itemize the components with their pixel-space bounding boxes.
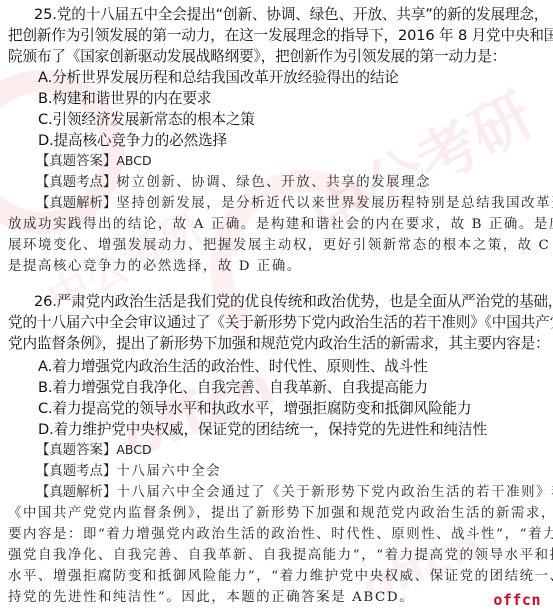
option-a: A.着力增强党内政治生活的政治性、时代性、原则性、战斗性 <box>38 355 428 376</box>
question-stem-line: 院颁布了《国家创新驱动发展战略纲要》，把创新作为引领发展的第一动力是： <box>8 45 506 66</box>
option-b: B.构建和谐世界的内在要求 <box>38 87 211 108</box>
question-stem-line: 党内监督条例》，提出了新形势下加强和规范党内政治生活的新需求，其主要内容是： <box>8 332 550 353</box>
point-row: 【真题考点】树立创新、协调、绿色、开放、共享的发展理念 <box>36 171 431 192</box>
option-c: C.引领经济发展新常态的根本之策 <box>38 108 255 129</box>
question-stem-line: 把创新作为引领发展的第一动力，在这一发展理念的指导下，2016 年 8 月党中央… <box>8 24 553 45</box>
point-label: 【真题考点】 <box>36 464 116 479</box>
analysis-label: 【真题解析】 <box>36 196 116 211</box>
point-value: 树立创新、协调、绿色、开放、共享的发展理念 <box>116 175 431 190</box>
analysis-text: 十八届六中全会通过了《关于新形势下党内政治生活的若干准则》和 <box>116 485 553 500</box>
answer-value: ABCD <box>116 442 151 457</box>
analysis-line: 《中国共产党党内监督条例》，提出了新形势下加强和规范党内政治生活的新需求，其主 <box>8 502 553 523</box>
answer-label: 【真题答案】 <box>36 154 116 169</box>
option-d: D.着力维护党中央权威，保证党的团结统一，保持党的先进性和纯洁性 <box>38 418 487 439</box>
analysis-line: 放成功实践得出的结论，故 A 正确。是构建和谐社会的内在要求，故 B 正确。是应… <box>8 213 553 234</box>
analysis-label: 【真题解析】 <box>36 485 116 500</box>
analysis-line: 是提高核心竞争力的必然选择，故 D 正确。 <box>8 255 302 276</box>
point-value: 十八届六中全会 <box>116 464 221 479</box>
answer-value: ABCD <box>116 153 151 168</box>
analysis-row: 【真题解析】坚持创新发展，是分析近代以来世界发展历程特别是总结我国改革开 <box>36 192 553 213</box>
analysis-row: 【真题解析】十八届六中全会通过了《关于新形势下党内政治生活的若干准则》和 <box>36 481 553 502</box>
analysis-text: 坚持创新发展，是分析近代以来世界发展历程特别是总结我国改革开 <box>116 196 553 211</box>
option-c: C.着力提高党的领导水平和执政水平，增强拒腐防变和抵御风险能力 <box>38 397 471 418</box>
answer-row: 【真题答案】ABCD <box>36 439 152 460</box>
question-stem-line: 党的十八届六中全会审议通过了《关于新形势下党内政治生活的若干准则》《中国共产党 <box>8 311 553 332</box>
answer-row: 【真题答案】ABCD <box>36 150 152 171</box>
offcn-logo: offcn <box>493 591 541 609</box>
document-page: 中公考研 offcn 中公考研 offcn 25.党的十八届五中全会提出“创新、… <box>0 0 553 612</box>
analysis-line: 强党自我净化、自我完善、自我革新、自我提高能力”，“着力提高党的领导水平和执政 <box>8 544 553 565</box>
option-d: D.提高核心竞争力的必然选择 <box>38 129 227 150</box>
point-row: 【真题考点】十八届六中全会 <box>36 460 221 481</box>
question-stem-line: 26.严肃党内政治生活是我们党的优良传统和政治优势，也是全面从严治党的基础， <box>34 290 553 311</box>
point-label: 【真题考点】 <box>36 175 116 190</box>
answer-label: 【真题答案】 <box>36 443 116 458</box>
question-stem-line: 25.党的十八届五中全会提出“创新、协调、绿色、开放、共享”的新的发展理念， <box>34 3 548 24</box>
analysis-line: 要内容是：即“着力增强党内政治生活的政治性、时代性、原则性、战斗性”，“着力增 <box>8 523 553 544</box>
analysis-line: 展环境变化、增强发展动力、把握发展主动权，更好引领新常态的根本之策，故 C 正确… <box>8 234 553 255</box>
analysis-line: 持党的先进性和纯洁性”。因此，本题的正确答案是 ABCD。 <box>8 586 414 607</box>
option-b: B.着力增强党自我净化、自我完善、自我革新、自我提高能力 <box>38 376 428 397</box>
analysis-line: 水平、增强拒腐防变和抵御风险能力”，“着力维护党中央权威、保证党的团结统一、保 <box>8 565 553 586</box>
option-a: A.分析世界发展历程和总结我国改革开放经验得出的结论 <box>38 66 399 87</box>
